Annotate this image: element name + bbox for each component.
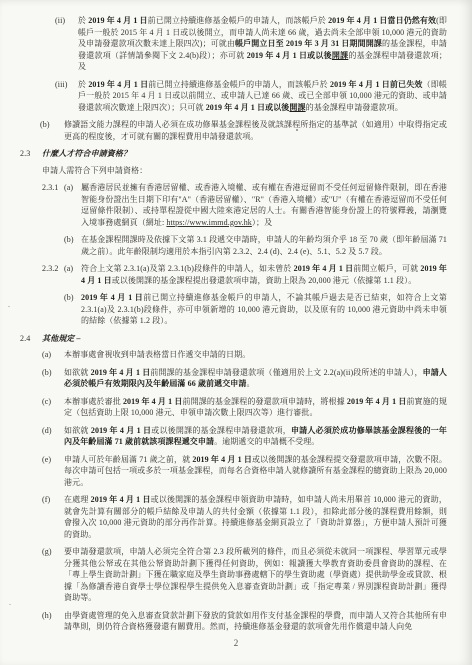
paragraph-text: 由學資處管理的免入息審查貸款計劃下發放的貸款如用作支付基金課程的學費，而申請人又…	[64, 610, 447, 633]
paragraph: (iii)於 2019 年 4 月 1 日前已開立持續進修基金帳戶的申請人，而該…	[55, 79, 447, 114]
paragraph: (d)如欲就 2019 年 4 月 1 日或以後開課的基金課程申請發還款項，申請…	[42, 425, 447, 448]
paragraph-text: 申請人需符合下列申請資格：	[42, 165, 447, 177]
item-label: (b)	[64, 292, 81, 304]
paragraph-text: 其他規定 –	[42, 333, 447, 345]
paragraph-text: 在處理 2019 年 4 月 1 日或以後開課的基金課程申領資助申請時，如申請人…	[64, 494, 447, 540]
paragraph-text: 申請人可於年齡屆滿 71 歲之前，就 2019 年 4 月 1 日或以後開課的基…	[64, 454, 447, 489]
paragraph: (b)在基金課程開課時及依據下文第 3.1 段遞交申請時，申請人的年齡均須介乎 …	[42, 234, 447, 257]
item-label: (g)	[42, 546, 64, 558]
paragraph-text: 要申請發還款項，申請人必須完全符合第 2.3 段所載列的條件，而且必須從未就同一…	[64, 546, 447, 604]
paragraph-text: 如欲就 2019 年 4 月 1 日或以後開課的基金課程申請發還款項，申請人必須…	[64, 425, 447, 448]
paragraph-text: 屬香港居民並擁有香港居留權、或香港入境權、或有權在香港逗留而不受任何逗留條件限制…	[81, 182, 447, 228]
paragraph: (ii)於 2019 年 4 月 1 日前已開立持續進修基金帳戶的申請人，而該帳…	[55, 15, 447, 73]
scan-speck	[8, 306, 10, 307]
paragraph-text: 符合上文第 2.3.1(a)及第 2.3.1(b)段條件的申請人，如未曾於 20…	[81, 263, 447, 286]
paragraph: (b)修讀語文能力課程的申請人必須在成功修畢基金課程後及就該課程所指定的基準試（…	[40, 119, 447, 142]
paragraph-text: 什麼人才符合申請資格？	[42, 148, 447, 160]
scan-speck	[9, 604, 11, 605]
item-label: 2.3.2	[42, 263, 64, 275]
paragraph-text: 於 2019 年 4 月 1 日前已開立持續進修基金帳戶的申請人，而該帳戶於 2…	[78, 79, 447, 114]
paragraph-text: 於 2019 年 4 月 1 日前已開立持續進修基金帳戶的申請人，而該帳戶於 2…	[78, 15, 447, 73]
paragraph: (e)申請人可於年齡屆滿 71 歲之前，就 2019 年 4 月 1 日或以後開…	[42, 454, 447, 489]
item-label: (a)	[42, 349, 64, 361]
paragraph-text: 修讀語文能力課程的申請人必須在成功修畢基金課程後及就該課程所指定的基準試（如適用…	[64, 119, 447, 142]
item-label: (h)	[42, 610, 64, 622]
paragraph: (f)在處理 2019 年 4 月 1 日或以後開課的基金課程申領資助申請時，如…	[42, 494, 447, 540]
paragraph: (h)由學資處管理的免入息審查貸款計劃下發放的貸款如用作支付基金課程的學費，而申…	[42, 610, 447, 633]
scanned-document-page: (ii)於 2019 年 4 月 1 日前已開立持續進修基金帳戶的申請人，而該帳…	[0, 0, 472, 665]
paragraph: 2.3.2(a)符合上文第 2.3.1(a)及第 2.3.1(b)段條件的申請人…	[42, 263, 447, 286]
scan-edge-shadow	[458, 0, 472, 665]
item-label: (ii)	[55, 15, 78, 27]
item-label: (b)	[42, 367, 64, 379]
paragraph-text: 2019 年 4 月 1 日前已開立持續進修基金帳戶的申請人，不論其帳戶過去是否…	[81, 292, 447, 327]
item-label: (c)	[42, 396, 64, 408]
item-label: (a)	[64, 182, 81, 194]
page-number: 2	[0, 638, 472, 648]
section-heading: 2.4其他規定 –	[20, 333, 447, 345]
paragraph: 申請人需符合下列申請資格：	[42, 165, 447, 177]
item-label: 2.4	[20, 333, 42, 345]
document-body: (ii)於 2019 年 4 月 1 日前已開立持續進修基金帳戶的申請人，而該帳…	[0, 15, 472, 639]
item-label: (iii)	[55, 79, 78, 91]
item-label: (a)	[64, 263, 81, 275]
item-label: (b)	[40, 119, 64, 131]
item-label: (e)	[42, 454, 64, 466]
paragraph-text: 本辦事處會視收到申請表格當日作遞交申請的日期。	[64, 349, 447, 361]
paragraph-text: 本辦事處於審批 2019 年 4 月 1 日前開課的基金課程的發還款項申請時，將…	[64, 396, 447, 419]
paragraph-text: 在基金課程開課時及依據下文第 3.1 段遞交申請時，申請人的年齡均須介乎 18 …	[81, 234, 447, 257]
paragraph: (b)如欲就 2019 年 4 月 1 日前開課的基金課程申請發還款項（僅適用於…	[42, 367, 447, 390]
paragraph: (b)2019 年 4 月 1 日前已開立持續進修基金帳戶的申請人，不論其帳戶過…	[42, 292, 447, 327]
paragraph: (c)本辦事處於審批 2019 年 4 月 1 日前開課的基金課程的發還款項申請…	[42, 396, 447, 419]
paragraph: 2.3.1(a)屬香港居民並擁有香港居留權、或香港入境權、或有權在香港逗留而不受…	[42, 182, 447, 228]
paragraph: (a)本辦事處會視收到申請表格當日作遞交申請的日期。	[42, 349, 447, 361]
paragraph-text: 如欲就 2019 年 4 月 1 日前開課的基金課程申請發還款項（僅適用於上文 …	[64, 367, 447, 390]
item-label: (d)	[42, 425, 64, 437]
section-heading: 2.3什麼人才符合申請資格？	[20, 148, 447, 160]
item-label: 2.3.1	[42, 182, 64, 194]
item-label: (b)	[64, 234, 81, 246]
item-label: (f)	[42, 494, 64, 506]
item-label: 2.3	[20, 148, 42, 160]
scan-speck	[296, 129, 298, 131]
paragraph: (g)要申請發還款項，申請人必須完全符合第 2.3 段所載列的條件，而且必須從未…	[42, 546, 447, 604]
